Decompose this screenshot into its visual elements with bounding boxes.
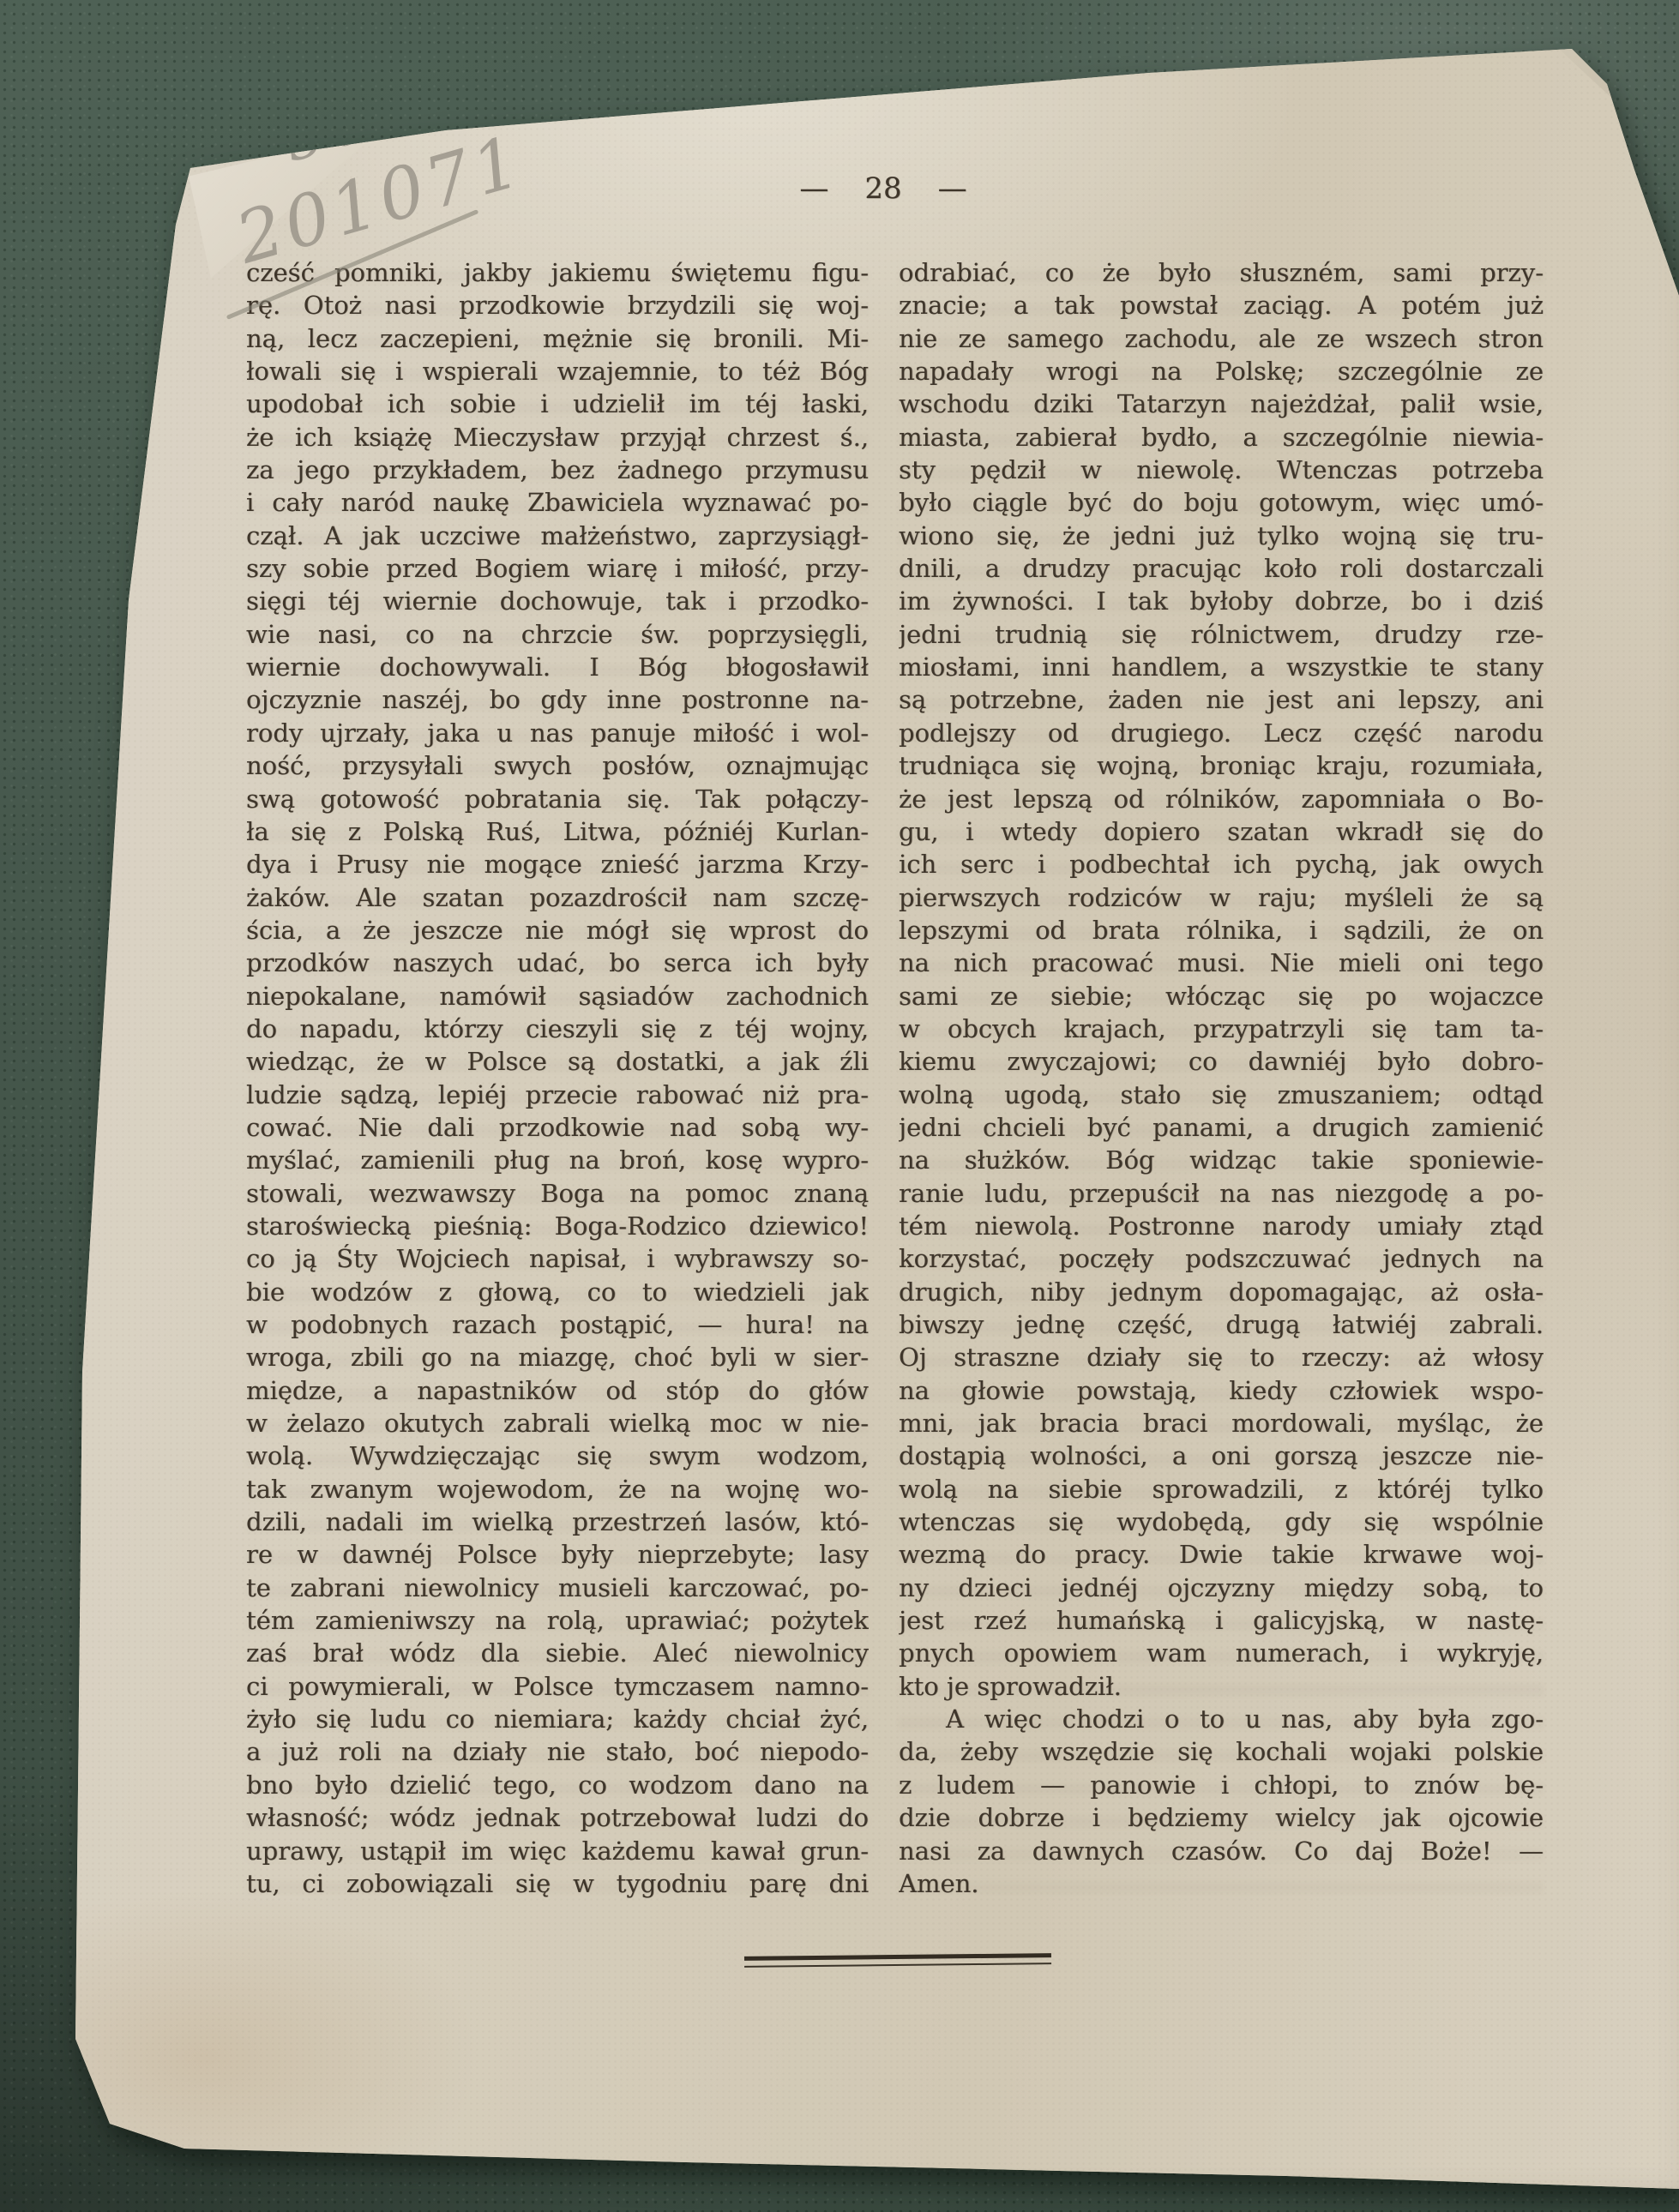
text-line: w żelazo okutych zabrali wielką moc w ni… xyxy=(246,1407,869,1440)
text-line: wolą na siebie sprowadzili, z któréj tyl… xyxy=(899,1473,1544,1506)
header-dash-left: — xyxy=(799,171,828,206)
text-line: staroświecką pieśnią: Boga-Rodzico dziew… xyxy=(246,1210,869,1242)
text-line: uprawy, ustąpił im więc każdemu kawał gr… xyxy=(246,1835,869,1867)
text-line: wiono się, że jedni już tylko wojną się … xyxy=(899,520,1544,552)
text-line: lepszymi od brata rólnika, i sądzili, że… xyxy=(899,914,1544,947)
text-line: żyło się ludu co niemiara; każdy chciał … xyxy=(246,1703,869,1735)
text-line: nie ze samego zachodu, ale ze wszech str… xyxy=(899,322,1544,355)
text-line: tak zwanym wojewodom, że na wojnę wo- xyxy=(246,1473,869,1506)
text-line: w obcych krajach, przypatrzyli się tam t… xyxy=(899,1013,1544,1045)
text-line: znacie; a tak powstał zaciąg. A potém ju… xyxy=(899,289,1544,322)
text-line: re w dawnéj Polsce były nieprzebyte; las… xyxy=(246,1538,869,1571)
text-line: cować. Nie dali przodkowie nad sobą wy- xyxy=(246,1111,869,1144)
text-line: ci powymierali, w Polsce tymczasem namno… xyxy=(246,1670,869,1703)
text-line: czął. A jak uczciwe małżeństwo, zaprzysi… xyxy=(246,520,869,552)
text-line: dzili, nadali im wielką przestrzeń lasów… xyxy=(246,1506,869,1538)
text-line: szy sobie przed Bogiem wiarę i miłość, p… xyxy=(246,552,869,585)
divider-thick-bar xyxy=(744,1953,1051,1961)
text-line: swą gotowość pobratania się. Tak połączy… xyxy=(246,783,869,815)
text-line: przodków naszych udać, bo serca ich były xyxy=(246,947,869,979)
text-line: cześć pomniki, jakby jakiemu świętemu fi… xyxy=(246,256,869,289)
text-line: miosłami, inni handlem, a wszystkie te s… xyxy=(899,651,1544,683)
text-line: na nich pracować musi. Nie mieli oni teg… xyxy=(899,947,1544,979)
text-line: w podobnych razach postąpić, — hura! na xyxy=(246,1308,869,1341)
text-line: jedni trudnią się rólnictwem, drudzy rze… xyxy=(899,618,1544,651)
text-line: korzystać, poczęły podszczuwać jednych n… xyxy=(899,1242,1544,1275)
text-line: wtenczas się wydobędą, gdy się wspólnie xyxy=(899,1506,1544,1538)
text-line: wroga, zbili go na miazgę, choć byli w s… xyxy=(246,1341,869,1373)
text-line: i cały naród naukę Zbawiciela wyznawać p… xyxy=(246,486,869,519)
text-line: dzie dobrze i będziemy wielcy jak ojcowi… xyxy=(899,1801,1544,1834)
divider-thin-bar xyxy=(744,1963,1051,1968)
text-line: gu, i wtedy dopiero szatan wkradł się do xyxy=(899,815,1544,848)
text-line: Oj straszne działy się to rzeczy: aż wło… xyxy=(899,1341,1544,1373)
text-line: tém zamieniwszy na rolą, uprawiać; pożyt… xyxy=(246,1604,869,1637)
text-line: zaś brał wódz dla siebie. Aleć niewolnic… xyxy=(246,1637,869,1669)
text-line: A więc chodzi o to u nas, aby była zgo- xyxy=(899,1703,1544,1735)
text-line: własność; wódz jednak potrzebował ludzi … xyxy=(246,1801,869,1834)
text-line: na służków. Bóg widząc takie sponiewie- xyxy=(899,1144,1544,1176)
text-line: że jest lepszą od rólników, zapomniała o… xyxy=(899,783,1544,815)
text-line: wezmą do pracy. Dwie takie krwawe woj- xyxy=(899,1538,1544,1571)
text-line: co ją Śty Wojciech napisał, i wybrawszy … xyxy=(246,1242,869,1275)
text-line: ła się z Polską Ruś, Litwa, późniéj Kurl… xyxy=(246,815,869,848)
text-line: mni, jak bracia braci mordowali, myśląc,… xyxy=(899,1407,1544,1440)
text-line: trudniąca się wojną, broniąc kraju, rozu… xyxy=(899,749,1544,782)
text-line: ścia, a że jeszcze nie mógł się wprost d… xyxy=(246,914,869,947)
page-header: — 28 — xyxy=(776,171,990,206)
text-line: dostąpią wolności, a oni gorszą jeszcze … xyxy=(899,1440,1544,1472)
page-number: 28 xyxy=(864,171,901,206)
text-line: podlejszy od drugiego. Lecz część narodu xyxy=(899,717,1544,749)
text-line: na głowie powstają, kiedy człowiek wspo- xyxy=(899,1374,1544,1407)
text-line: napadały wrogi na Polskę; szczególnie ze xyxy=(899,355,1544,388)
text-line: było ciągle być do boju gotowym, więc um… xyxy=(899,486,1544,519)
text-line: jest rzeź humańską i galicyjską, w nastę… xyxy=(899,1604,1544,1637)
text-line: łowali się i wspierali wzajemnie, to téż… xyxy=(246,355,869,388)
text-line: wiedząc, że w Polsce są dostatki, a jak … xyxy=(246,1045,869,1078)
text-column-left: cześć pomniki, jakby jakiemu świętemu fi… xyxy=(246,256,869,1900)
text-line: drugich, niby jednym dopomagając, aż osł… xyxy=(899,1276,1544,1308)
text-line: tu, ci zobowiązali się w tygodniu parę d… xyxy=(246,1867,869,1900)
text-line: do napadu, którzy cieszyli się z téj woj… xyxy=(246,1013,869,1045)
text-line: niepokalane, namówił sąsiadów zachodnich xyxy=(246,980,869,1013)
scanned-page: 30= 201071 — 28 — cześć pomniki, jakby j… xyxy=(0,0,1679,2212)
text-line: bno było dzielić tego, co wodzom dano na xyxy=(246,1769,869,1801)
text-line: sty pędził w niewolę. Wtenczas potrzeba xyxy=(899,454,1544,486)
text-line: międze, a napastników od stóp do głów xyxy=(246,1374,869,1407)
text-line: rę. Otoż nasi przodkowie brzydzili się w… xyxy=(246,289,869,322)
header-dash-right: — xyxy=(938,171,967,206)
text-line: są potrzebne, żaden nie jest ani lepszy,… xyxy=(899,683,1544,716)
text-line: ny dzieci jednéj ojczyzny między sobą, t… xyxy=(899,1572,1544,1604)
text-line: im żywności. I tak byłoby dobrze, bo i d… xyxy=(899,585,1544,617)
text-line: miasta, zabierał bydło, a szczególnie ni… xyxy=(899,421,1544,454)
text-line: żaków. Ale szatan pozazdrościł nam szczę… xyxy=(246,881,869,914)
scanned-page-wrapper: 30= 201071 — 28 — cześć pomniki, jakby j… xyxy=(0,0,1679,2212)
text-line: myślać, zamienili pług na broń, kosę wyp… xyxy=(246,1144,869,1176)
text-line: nasi za dawnych czasów. Co daj Boże! — xyxy=(899,1835,1544,1867)
text-line: że ich książę Mieczysław przyjął chrzest… xyxy=(246,421,869,454)
text-line: wolą. Wywdzięczając się swym wodzom, xyxy=(246,1440,869,1472)
text-line: ludzie sądzą, lepiéj przecie rabować niż… xyxy=(246,1079,869,1111)
text-line: ojczyznie naszéj, bo gdy inne postronne … xyxy=(246,683,869,716)
text-line: a już roli na działy nie stało, boć niep… xyxy=(246,1735,869,1768)
text-line: da, żeby wszędzie się kochali wojaki pol… xyxy=(899,1735,1544,1768)
text-line: rody ujrzały, jaka u nas panuje miłość i… xyxy=(246,717,869,749)
text-line: sięgi téj wiernie dochowuje, tak i przod… xyxy=(246,585,869,617)
text-line: wschodu dziki Tatarzyn najeżdżał, palił … xyxy=(899,388,1544,420)
text-line: pnych opowiem wam numerach, i wykryję, xyxy=(899,1637,1544,1669)
text-line: pierwszych rodziców w raju; myśleli że s… xyxy=(899,881,1544,914)
text-line: tém niewolą. Postronne narody umiały ztą… xyxy=(899,1210,1544,1242)
text-line: odrabiać, co że było słuszném, sami przy… xyxy=(899,256,1544,289)
text-line: wolną ugodą, stało się zmuszaniem; odtąd xyxy=(899,1079,1544,1111)
text-line: te zabrani niewolnicy musieli karczować,… xyxy=(246,1572,869,1604)
text-line: Amen. xyxy=(899,1867,1544,1900)
text-line: stowali, wezwawszy Boga na pomoc znaną xyxy=(246,1177,869,1210)
text-line: dnili, a drudzy pracując koło roli dosta… xyxy=(899,552,1544,585)
text-line: ną, lecz zaczepieni, mężnie się bronili.… xyxy=(246,322,869,355)
text-column-right: odrabiać, co że było słuszném, sami przy… xyxy=(899,256,1544,1900)
page-corner-fold-top-right xyxy=(1559,41,1621,106)
text-line: dya i Prusy nie mogące znieść jarzma Krz… xyxy=(246,848,869,881)
text-line: wie nasi, co na chrzcie św. poprzysięgli… xyxy=(246,618,869,651)
text-line: jedni chcieli być panami, a drugich zami… xyxy=(899,1111,1544,1144)
text-line: sami ze siebie; włócząc się po wojaczce xyxy=(899,980,1544,1013)
text-line: kiemu zwyczajowi; co dawniéj było dobro- xyxy=(899,1045,1544,1078)
text-line: z ludem — panowie i chłopi, to znów bę- xyxy=(899,1769,1544,1801)
text-line: ność, przysyłali swych posłów, oznajmują… xyxy=(246,749,869,782)
text-line: ranie ludu, przepuścił na nas niezgodę a… xyxy=(899,1177,1544,1210)
text-line: upodobał ich sobie i udzielił im téj łas… xyxy=(246,388,869,420)
text-line: wiernie dochowywali. I Bóg błogosławił xyxy=(246,651,869,683)
text-line: kto je sprowadził. xyxy=(899,1670,1544,1703)
text-line: ich serc i podbechtał ich pychą, jak owy… xyxy=(899,848,1544,881)
text-line: bie wodzów z głową, co to wiedzieli jak xyxy=(246,1276,869,1308)
text-line: biwszy jednę część, drugą łatwiéj zabral… xyxy=(899,1308,1544,1341)
text-line: za jego przykładem, bez żadnego przymusu xyxy=(246,454,869,486)
photo-background: 30= 201071 — 28 — cześć pomniki, jakby j… xyxy=(0,0,1679,2212)
section-divider-rule xyxy=(744,1953,1051,1968)
